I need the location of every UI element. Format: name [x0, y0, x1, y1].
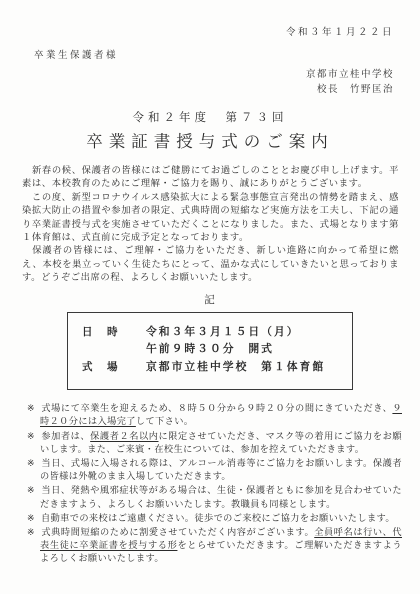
note-marker: ※ — [27, 527, 41, 537]
record-value: 京都市立桂中学校 第１体育館 — [146, 359, 325, 377]
record-row: 式 場京都市立桂中学校 第１体育館 — [82, 359, 352, 377]
body-paragraphs: 新春の候、保護者の皆様にはご健勝にてお過ごしのこととお慶び申し上げます。平素は、… — [22, 165, 399, 286]
note-marker: ※ — [27, 403, 41, 413]
note-marker: ※ — [27, 458, 41, 468]
page-title: 卒業証書授与式のご案内 — [0, 128, 420, 152]
record-value: 令和３年３月１５日（月） — [146, 324, 300, 342]
note-item: ※ 自動車での来校はご遠慮ください。徒歩でのご来校にご協力をお願いいたします。 — [27, 512, 402, 525]
document-date: 令和３年１月２２日 — [0, 24, 420, 38]
record-box: 日 時令和３年３月１５日（月）午前９時３０分 開式式 場京都市立桂中学校 第１体… — [67, 312, 353, 391]
record-label: 式 場 — [82, 359, 126, 377]
note-marker: ※ — [27, 485, 41, 495]
note-text: 式場にて卒業生を迎えるため、８時５０分から９時２０分の間にきていただき、 — [41, 403, 392, 413]
notes-list: ※ 式場にて卒業生を迎えるため、８時５０分から９時２０分の間にきていただき、９時… — [27, 402, 402, 565]
note-text: 当日、式場に入場される際は、アルコール消毒等にご協力をお願いします。保護者の皆様… — [40, 458, 402, 481]
record-row: 午前９時３０分 開式 — [82, 341, 352, 359]
sender-school: 京都市立桂中学校 — [0, 68, 394, 83]
note-text-underlined: 保護者２名以内 — [90, 431, 158, 441]
note-marker: ※ — [27, 431, 41, 441]
note-item: ※ 式典時間短縮のために割愛させていただく内容がございます。全員呼名は行い、代表… — [27, 526, 402, 566]
body-paragraph: この度、新型コロナウイルス感染拡大による緊急事態宣言発出の情勢を踏まえ、感染拡大… — [22, 192, 399, 246]
note-text: 当日、発熱や風邪症状等がある場合は、生徒・保護者ともに参加を見合わせていただきま… — [40, 485, 402, 508]
note-item: ※ 式場にて卒業生を迎えるため、８時５０分から９時２０分の間にきていただき、９時… — [27, 402, 402, 428]
note-text: 参加者は、 — [41, 431, 90, 441]
note-item: ※ 参加者は、保護者２名以内に限定させていただき、マスク等の着用にご協力をお願い… — [27, 430, 402, 456]
record-label — [82, 341, 126, 359]
record-value: 午前９時３０分 開式 — [146, 341, 274, 359]
note-marker: ※ — [27, 513, 41, 523]
note-item: ※ 当日、発熱や風邪症状等がある場合は、生徒・保護者ともに参加を見合わせていただ… — [27, 484, 402, 510]
note-text: 自動車での来校はご遠慮ください。徒歩でのご来校にご協力をお願いいたします。 — [41, 513, 395, 523]
record-heading: 記 — [0, 292, 420, 307]
sender-principal: 校長 竹野匡治 — [0, 83, 394, 98]
addressee-line: 卒業生保護者様 — [0, 47, 420, 61]
note-item: ※ 当日、式場に入場される際は、アルコール消毒等にご協力をお願いします。保護者の… — [27, 457, 402, 483]
document-page: 令和３年１月２２日 卒業生保護者様 京都市立桂中学校 校長 竹野匡治 令和２年度… — [0, 0, 420, 594]
body-paragraph: 保護者の皆様には、ご理解・ご協力をいただき、新しい進路に向かって希望に燃え、本校… — [22, 245, 399, 285]
note-text: して下さい。 — [136, 416, 194, 426]
title-block: 令和２年度 第７３回 卒業証書授与式のご案内 — [0, 109, 420, 152]
record-label: 日 時 — [82, 324, 126, 342]
sender-block: 京都市立桂中学校 校長 竹野匡治 — [0, 68, 420, 98]
body-paragraph: 新春の候、保護者の皆様にはご健勝にてお過ごしのこととお慶び申し上げます。平素は、… — [22, 165, 399, 192]
title-subline: 令和２年度 第７３回 — [0, 109, 420, 125]
record-row: 日 時令和３年３月１５日（月） — [82, 324, 352, 342]
note-text: 式典時間短縮のために割愛させていただく内容がございます。 — [41, 527, 314, 537]
